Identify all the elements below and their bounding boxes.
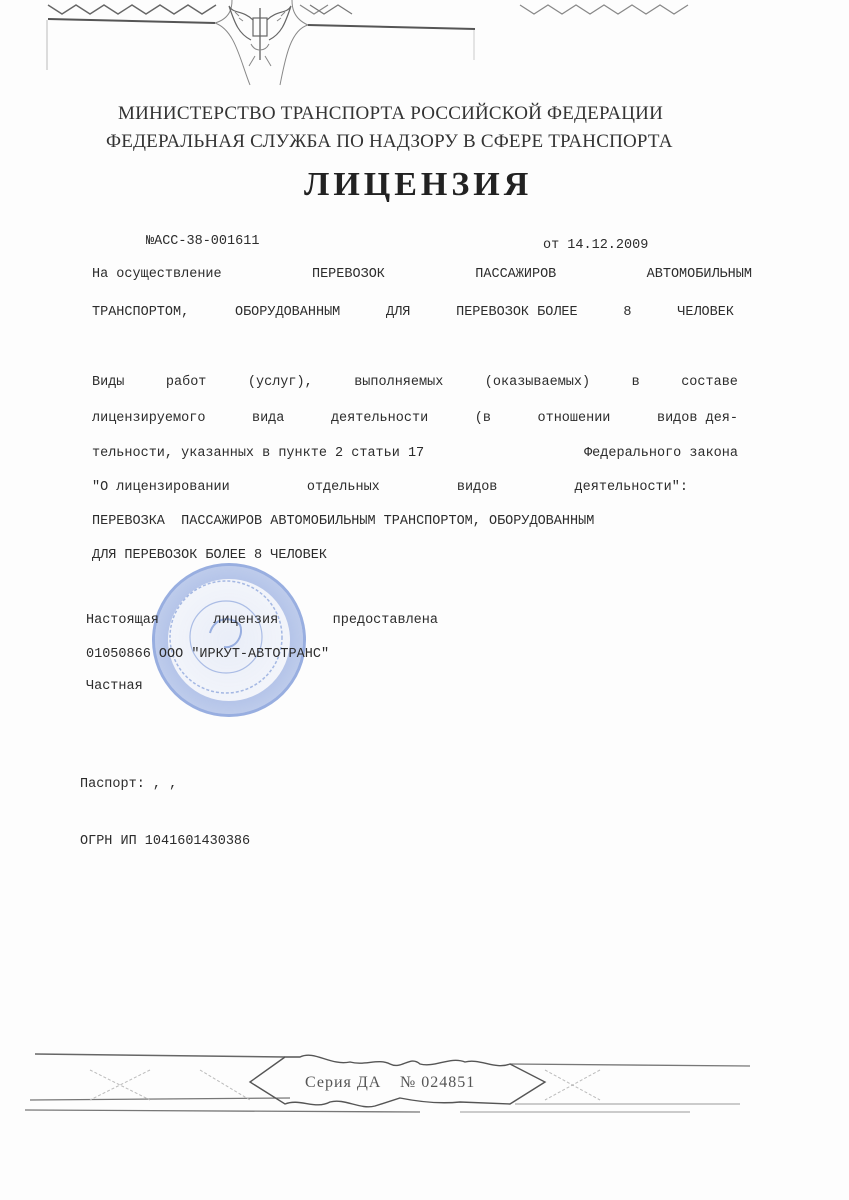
grantee-word: Настоящая [86, 613, 159, 628]
works-word: лицензируемого [92, 411, 205, 426]
activity-word: 8 [623, 305, 631, 320]
license-date: от 14.12.2009 [543, 238, 648, 253]
works-line-2: лицензируемого вида деятельности (в отно… [92, 411, 738, 426]
activity-word: На осуществление [92, 267, 222, 282]
works-line-1: Виды работ (услуг), выполняемых (оказыва… [92, 375, 738, 390]
activity-line-2: ТРАНСПОРТОМ, ОБОРУДОВАННЫМ ДЛЯ ПЕРЕВОЗОК… [92, 305, 734, 320]
service-heading: ФЕДЕРАЛЬНАЯ СЛУЖБА ПО НАДЗОРУ В СФЕРЕ ТР… [106, 131, 673, 153]
series-label: Серия ДА [305, 1074, 381, 1092]
activity-word: ДЛЯ [386, 305, 410, 320]
grantee-word: предоставлена [333, 613, 438, 628]
activity-line-1: На осуществление ПЕРЕВОЗОК ПАССАЖИРОВ АВ… [92, 267, 752, 282]
serial-number: № 024851 [400, 1074, 475, 1092]
works-line-5: ПЕРЕВОЗКА ПАССАЖИРОВ АВТОМОБИЛЬНЫМ ТРАНС… [92, 514, 594, 529]
activity-word: ПЕРЕВОЗОК [312, 267, 385, 282]
works-word: выполняемых [354, 375, 443, 390]
works-word: видов [457, 480, 498, 495]
activity-word: АВТОМОБИЛЬНЫМ [647, 267, 752, 282]
works-word: "О лицензировании [92, 480, 230, 495]
works-word: видов дея- [657, 411, 738, 426]
works-word: тельности, указанных в пункте 2 статьи 1… [92, 446, 424, 461]
works-word: (оказываемых) [485, 375, 590, 390]
works-word: Федерального закона [584, 446, 738, 461]
company-name: 01050866 ООО "ИРКУТ-АВТОТРАНС" [86, 647, 329, 662]
ministry-heading: МИНИСТЕРСТВО ТРАНСПОРТА РОССИЙСКОЙ ФЕДЕР… [118, 103, 663, 125]
works-word: ПЕРЕВОЗКА [92, 514, 165, 529]
works-line-4: "О лицензировании отдельных видов деятел… [92, 480, 688, 495]
works-line-3: тельности, указанных в пункте 2 статьи 1… [92, 446, 738, 461]
works-word: работ [166, 375, 207, 390]
ownership-type: Частная [86, 679, 143, 694]
works-word: (услуг), [248, 375, 313, 390]
works-word: составе [681, 375, 738, 390]
grantee-word: лицензия [213, 613, 278, 628]
activity-word: ЧЕЛОВЕК [677, 305, 734, 320]
works-word: в [632, 375, 640, 390]
activity-word: ТРАНСПОРТОМ, [92, 305, 189, 320]
works-word: Виды [92, 375, 124, 390]
works-word: отдельных [307, 480, 380, 495]
works-word: деятельности": [575, 480, 688, 495]
works-line-6: ДЛЯ ПЕРЕВОЗОК БОЛЕЕ 8 ЧЕЛОВЕК [92, 548, 327, 563]
grantee-line: Настоящая лицензия предоставлена [86, 613, 438, 628]
ogrn-field: ОГРН ИП 1041601430386 [80, 834, 250, 849]
double-headed-eagle-emblem [225, 0, 295, 85]
document-title: ЛИЦЕНЗИЯ [304, 166, 532, 204]
official-round-seal [152, 563, 306, 717]
license-number: №АСС-38-001611 [146, 234, 259, 249]
activity-word: ПЕРЕВОЗОК БОЛЕЕ [456, 305, 578, 320]
top-ornament [0, 0, 849, 100]
works-word: ПАССАЖИРОВ АВТОМОБИЛЬНЫМ ТРАНСПОРТОМ, ОБ… [181, 514, 594, 529]
passport-field: Паспорт: , , [80, 777, 177, 792]
works-word: деятельности [331, 411, 428, 426]
works-word: (в [475, 411, 491, 426]
works-word: вида [252, 411, 284, 426]
activity-word: ПАССАЖИРОВ [475, 267, 556, 282]
activity-word: ОБОРУДОВАННЫМ [235, 305, 340, 320]
works-word: отношении [538, 411, 611, 426]
